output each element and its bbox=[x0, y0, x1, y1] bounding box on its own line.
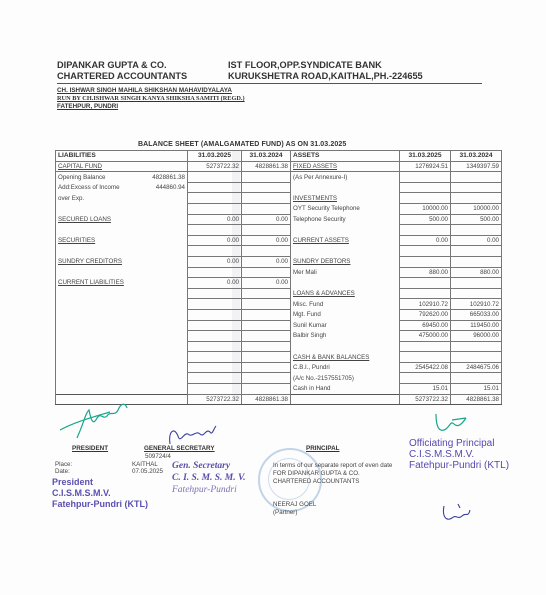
principal-signature bbox=[430, 410, 470, 440]
table-row: CAPITAL FUND5273722.324828861.38FIXED AS… bbox=[56, 161, 502, 172]
liability-2024-cell bbox=[242, 172, 291, 183]
liability-2024-cell bbox=[242, 362, 291, 373]
asset-2025-cell bbox=[400, 246, 451, 257]
president-signature bbox=[55, 400, 135, 445]
asset-label-cell: Misc. Fund bbox=[291, 299, 400, 310]
organization-block: CH. ISHWAR SINGH MAHILA SHIKSHAN MAHAVID… bbox=[57, 87, 245, 111]
president-label: PRESIDENT bbox=[72, 445, 108, 452]
liability-2024-cell bbox=[242, 193, 291, 204]
table-row bbox=[56, 225, 502, 236]
asset-2025-cell bbox=[400, 278, 451, 289]
liability-2024-cell: 0.00 bbox=[242, 214, 291, 225]
asset-2024-cell: 96000.00 bbox=[451, 331, 502, 342]
asset-2024-cell bbox=[451, 225, 502, 236]
table-row: SECURITIES0.000.00CURRENT ASSETS0.000.00 bbox=[56, 235, 502, 246]
liability-2025-cell bbox=[188, 182, 242, 193]
liability-2025-cell bbox=[188, 267, 242, 278]
asset-total-2024: 4828861.38 bbox=[451, 394, 502, 405]
liability-2025-cell bbox=[188, 331, 242, 342]
liability-2025-cell bbox=[188, 172, 242, 183]
auditor-type: CHARTERED ACCOUNTANTS bbox=[273, 478, 359, 486]
organization-run-by: RUN BY CH.ISHWAR SINGH KANYA SHIKSHA SAM… bbox=[57, 95, 245, 103]
asset-2024-cell bbox=[451, 172, 502, 183]
asset-label-cell: C.B.I., Pundri bbox=[291, 362, 400, 373]
asset-2025-cell: 792620.00 bbox=[400, 309, 451, 320]
assets-col-2024: 31.03.2024 bbox=[451, 151, 502, 162]
table-row: Add:Excess of Income444860.94 bbox=[56, 182, 502, 193]
asset-label-cell: SUNDRY DEBTORS bbox=[291, 256, 400, 267]
asset-total-label bbox=[291, 394, 400, 405]
asset-2025-cell bbox=[400, 225, 451, 236]
gs-stamp-line-1: Gen. Secretary bbox=[172, 460, 245, 472]
table-row bbox=[56, 246, 502, 257]
liability-label: over Exp. bbox=[58, 195, 84, 202]
liability-label-cell bbox=[56, 225, 188, 236]
auditor-firm: FOR DIPANKAR GUPTA & CO. bbox=[273, 470, 360, 478]
president-stamp-line-3: Fatehpur-Pundri (KTL) bbox=[52, 499, 148, 510]
table-row bbox=[56, 341, 502, 352]
table-row: OYT Security Telephone10000.0010000.00 bbox=[56, 203, 502, 214]
liability-2024-cell: 4828861.38 bbox=[242, 161, 291, 172]
asset-2024-cell bbox=[451, 373, 502, 384]
organization-location: FATEHPUR, PUNDRI bbox=[57, 103, 245, 111]
asset-label-cell: Mer Mali bbox=[291, 267, 400, 278]
table-row: Mer Mali880.00880.00 bbox=[56, 267, 502, 278]
table-row: Opening Balance4828861.38(As Per Annexur… bbox=[56, 172, 502, 183]
liability-label-cell bbox=[56, 373, 188, 384]
firm-type: CHARTERED ACCOUNTANTS bbox=[57, 71, 187, 82]
liability-2025-cell bbox=[188, 352, 242, 363]
liability-2025-cell: 5273722.32 bbox=[188, 161, 242, 172]
general-secretary-stamp: Gen. Secretary C. I. S. M. S. M. V. Fate… bbox=[172, 460, 245, 496]
asset-2025-cell: 15.01 bbox=[400, 384, 451, 395]
asset-label-cell: Cash in Hand bbox=[291, 384, 400, 395]
asset-2025-cell bbox=[400, 373, 451, 384]
liability-2025-cell: 0.00 bbox=[188, 214, 242, 225]
liability-label-cell: Add:Excess of Income444860.94 bbox=[56, 182, 188, 193]
liability-2025-cell: 0.00 bbox=[188, 235, 242, 246]
liability-2024-cell bbox=[242, 225, 291, 236]
asset-2024-cell: 119450.00 bbox=[451, 320, 502, 331]
principal-stamp-line-2: C.I.S.M.S.M.V. bbox=[409, 449, 509, 460]
liability-sub-amount: 4828861.38 bbox=[152, 173, 185, 182]
assets-header: ASSETS bbox=[291, 151, 400, 162]
liability-2025-cell bbox=[188, 193, 242, 204]
liability-label: SUNDRY CREDITORS bbox=[58, 258, 122, 265]
asset-2024-cell: 10000.00 bbox=[451, 203, 502, 214]
assets-col-2025: 31.03.2025 bbox=[400, 151, 451, 162]
liability-2024-cell bbox=[242, 309, 291, 320]
liability-label: CURRENT LIABILITIES bbox=[58, 279, 124, 286]
organization-name: CH. ISHWAR SINGH MAHILA SHIKSHAN MAHAVID… bbox=[57, 87, 245, 95]
auditor-note: In terms of our separate report of even … bbox=[273, 462, 392, 470]
asset-label-cell: OYT Security Telephone bbox=[291, 203, 400, 214]
asset-label-cell bbox=[291, 278, 400, 289]
asset-label-cell bbox=[291, 246, 400, 257]
asset-2024-cell: 665033.00 bbox=[451, 309, 502, 320]
balance-sheet-document: DIPANKAR GUPTA & CO. CHARTERED ACCOUNTAN… bbox=[0, 0, 546, 595]
liability-2024-cell bbox=[242, 182, 291, 193]
liability-total-2025: 5273722.32 bbox=[188, 394, 242, 405]
liability-2025-cell bbox=[188, 299, 242, 310]
partner-name: NEERAJ GOEL bbox=[273, 501, 316, 509]
liability-label: Add:Excess of Income bbox=[58, 183, 120, 192]
asset-label-cell: INVESTMENTS bbox=[291, 193, 400, 204]
partner-signature bbox=[440, 500, 475, 528]
asset-2024-cell bbox=[451, 341, 502, 352]
asset-2025-cell bbox=[400, 288, 451, 299]
asset-label-cell: (A/c No.-2157551705) bbox=[291, 373, 400, 384]
table-row: LOANS & ADVANCES bbox=[56, 288, 502, 299]
liability-label-cell: SUNDRY CREDITORS bbox=[56, 256, 188, 267]
asset-label-cell: (As Per Annexure-I) bbox=[291, 172, 400, 183]
principal-stamp-line-1: Officiating Principal bbox=[409, 438, 509, 449]
asset-label-cell: Telephone Security bbox=[291, 214, 400, 225]
liability-label-cell bbox=[56, 362, 188, 373]
asset-label-cell bbox=[291, 182, 400, 193]
asset-2025-cell: 10000.00 bbox=[400, 203, 451, 214]
table-row: Mgt. Fund792620.00665033.00 bbox=[56, 309, 502, 320]
liability-2025-cell: 0.00 bbox=[188, 256, 242, 267]
liability-2025-cell bbox=[188, 341, 242, 352]
date-label: Date: bbox=[55, 468, 70, 476]
liability-label-cell bbox=[56, 384, 188, 395]
asset-label-cell: Balbir Singh bbox=[291, 331, 400, 342]
table-row: SUNDRY CREDITORS0.000.00SUNDRY DEBTORS bbox=[56, 256, 502, 267]
asset-2025-cell bbox=[400, 172, 451, 183]
liabilities-header: LIABILITIES bbox=[56, 151, 188, 162]
asset-2024-cell: 102910.72 bbox=[451, 299, 502, 310]
liability-2025-cell: 0.00 bbox=[188, 278, 242, 289]
asset-2025-cell: 69450.00 bbox=[400, 320, 451, 331]
liability-label-cell bbox=[56, 299, 188, 310]
liability-2025-cell bbox=[188, 373, 242, 384]
asset-2025-cell bbox=[400, 182, 451, 193]
liabilities-col-2024: 31.03.2024 bbox=[242, 151, 291, 162]
asset-2024-cell bbox=[451, 193, 502, 204]
liability-total-2024: 4828861.38 bbox=[242, 394, 291, 405]
principal-label: PRINCIPAL bbox=[306, 445, 339, 452]
asset-2025-cell bbox=[400, 341, 451, 352]
liability-sub-amount: 444860.94 bbox=[156, 183, 185, 192]
gs-code: 509724/4 bbox=[145, 453, 171, 461]
asset-2024-cell: 880.00 bbox=[451, 267, 502, 278]
liability-label-cell bbox=[56, 203, 188, 214]
table-row: SECURED LOANS0.000.00Telephone Security5… bbox=[56, 214, 502, 225]
gs-stamp-line-3: Fatehpur-Pundri bbox=[172, 484, 245, 496]
asset-2024-cell: 15.01 bbox=[451, 384, 502, 395]
liability-label-cell bbox=[56, 246, 188, 257]
liability-2024-cell bbox=[242, 246, 291, 257]
liability-label-cell: Opening Balance4828861.38 bbox=[56, 172, 188, 183]
asset-2025-cell bbox=[400, 193, 451, 204]
liability-2025-cell bbox=[188, 203, 242, 214]
asset-label-cell bbox=[291, 225, 400, 236]
asset-2025-cell bbox=[400, 256, 451, 267]
asset-2025-cell: 2545422.08 bbox=[400, 362, 451, 373]
liability-label-cell bbox=[56, 309, 188, 320]
asset-label-cell: Mgt. Fund bbox=[291, 309, 400, 320]
principal-stamp-line-3: Fatehpur-Pundri (KTL) bbox=[409, 460, 509, 471]
liability-label-cell: over Exp. bbox=[56, 193, 188, 204]
asset-2024-cell bbox=[451, 278, 502, 289]
asset-label-cell: FIXED ASSETS bbox=[291, 161, 400, 172]
liability-label-cell bbox=[56, 288, 188, 299]
liability-label-cell bbox=[56, 320, 188, 331]
liability-2024-cell bbox=[242, 331, 291, 342]
date-value: 07.05.2025 bbox=[132, 468, 163, 476]
asset-2025-cell: 500.00 bbox=[400, 214, 451, 225]
table-row: C.B.I., Pundri2545422.082484675.06 bbox=[56, 362, 502, 373]
asset-2025-cell bbox=[400, 352, 451, 363]
firm-name: DIPANKAR GUPTA & CO. bbox=[57, 60, 187, 71]
liability-2024-cell: 0.00 bbox=[242, 235, 291, 246]
liability-2025-cell bbox=[188, 225, 242, 236]
asset-2024-cell bbox=[451, 246, 502, 257]
president-stamp-line-2: C.I.S.M.S.M.V. bbox=[52, 488, 148, 499]
table-row: Misc. Fund102910.72102910.72 bbox=[56, 299, 502, 310]
asset-2025-cell: 880.00 bbox=[400, 267, 451, 278]
balance-sheet-table: LIABILITIES 31.03.2025 31.03.2024 ASSETS… bbox=[55, 150, 502, 405]
liability-2025-cell bbox=[188, 320, 242, 331]
liabilities-col-2025: 31.03.2025 bbox=[188, 151, 242, 162]
liability-2025-cell bbox=[188, 362, 242, 373]
liability-label: SECURED LOANS bbox=[58, 216, 111, 223]
liability-2024-cell bbox=[242, 203, 291, 214]
liability-label-cell: SECURITIES bbox=[56, 235, 188, 246]
liability-label-cell bbox=[56, 352, 188, 363]
asset-2024-cell bbox=[451, 182, 502, 193]
liability-2024-cell bbox=[242, 267, 291, 278]
liability-2024-cell bbox=[242, 373, 291, 384]
president-stamp-line-1: President bbox=[52, 477, 148, 488]
asset-2024-cell: 2484675.06 bbox=[451, 362, 502, 373]
table-row: Cash in Hand15.0115.01 bbox=[56, 384, 502, 395]
liability-label: Opening Balance bbox=[58, 173, 105, 182]
asset-total-2025: 5273722.32 bbox=[400, 394, 451, 405]
asset-2024-cell bbox=[451, 256, 502, 267]
table-row: Sunil Kumar69450.00119450.00 bbox=[56, 320, 502, 331]
asset-label-cell bbox=[291, 341, 400, 352]
liability-2025-cell bbox=[188, 309, 242, 320]
asset-2024-cell: 0.00 bbox=[451, 235, 502, 246]
table-row: over Exp.INVESTMENTS bbox=[56, 193, 502, 204]
liability-label-cell: SECURED LOANS bbox=[56, 214, 188, 225]
asset-2025-cell: 475000.00 bbox=[400, 331, 451, 342]
asset-2024-cell bbox=[451, 288, 502, 299]
firm-name-block: DIPANKAR GUPTA & CO. CHARTERED ACCOUNTAN… bbox=[57, 60, 187, 82]
liability-label-cell: CAPITAL FUND bbox=[56, 161, 188, 172]
liability-2024-cell bbox=[242, 288, 291, 299]
liability-label: CAPITAL FUND bbox=[58, 163, 102, 170]
address-line-1: IST FLOOR,OPP.SYNDICATE BANK bbox=[228, 60, 423, 71]
liability-2025-cell bbox=[188, 384, 242, 395]
principal-stamp: Officiating Principal C.I.S.M.S.M.V. Fat… bbox=[409, 438, 509, 471]
liability-2024-cell bbox=[242, 384, 291, 395]
asset-label-cell: CURRENT ASSETS bbox=[291, 235, 400, 246]
liability-2024-cell bbox=[242, 352, 291, 363]
liability-2024-cell bbox=[242, 299, 291, 310]
table-row: CURRENT LIABILITIES0.000.00 bbox=[56, 278, 502, 289]
liability-label-cell bbox=[56, 331, 188, 342]
liability-2024-cell: 0.00 bbox=[242, 256, 291, 267]
asset-2025-cell: 102910.72 bbox=[400, 299, 451, 310]
table-header-row: LIABILITIES 31.03.2025 31.03.2024 ASSETS… bbox=[56, 151, 502, 162]
asset-2025-cell: 1276924.51 bbox=[400, 161, 451, 172]
general-secretary-label: GENERAL SECRETARY bbox=[144, 445, 215, 452]
liability-label-cell bbox=[56, 267, 188, 278]
table-row: (A/c No.-2157551705) bbox=[56, 373, 502, 384]
liability-2024-cell: 0.00 bbox=[242, 278, 291, 289]
liability-2024-cell bbox=[242, 341, 291, 352]
balance-sheet-title: BALANCE SHEET (AMALGAMATED FUND) AS ON 3… bbox=[138, 141, 346, 148]
firm-address-block: IST FLOOR,OPP.SYNDICATE BANK KURUKSHETRA… bbox=[228, 60, 423, 82]
gs-stamp-line-2: C. I. S. M. S. M. V. bbox=[172, 472, 245, 484]
liability-label-cell: CURRENT LIABILITIES bbox=[56, 278, 188, 289]
liability-label: SECURITIES bbox=[58, 237, 95, 244]
asset-label-cell: CASH & BANK BALANCES bbox=[291, 352, 400, 363]
table-row: CASH & BANK BALANCES bbox=[56, 352, 502, 363]
liability-label-cell bbox=[56, 341, 188, 352]
balance-sheet-body: LIABILITIES 31.03.2025 31.03.2024 ASSETS… bbox=[56, 151, 502, 405]
asset-label-cell: LOANS & ADVANCES bbox=[291, 288, 400, 299]
liability-2025-cell bbox=[188, 288, 242, 299]
asset-2025-cell: 0.00 bbox=[400, 235, 451, 246]
asset-2024-cell: 500.00 bbox=[451, 214, 502, 225]
liability-2025-cell bbox=[188, 246, 242, 257]
header-divider bbox=[57, 83, 482, 84]
table-row: Balbir Singh475000.0096000.00 bbox=[56, 331, 502, 342]
president-stamp: President C.I.S.M.S.M.V. Fatehpur-Pundri… bbox=[52, 477, 148, 510]
asset-2024-cell bbox=[451, 352, 502, 363]
partner-role: (Partner) bbox=[273, 509, 297, 517]
liability-2024-cell bbox=[242, 320, 291, 331]
asset-label-cell: Sunil Kumar bbox=[291, 320, 400, 331]
address-line-2: KURUKSHETRA ROAD,KAITHAL,PH.-224655 bbox=[228, 71, 423, 82]
asset-2024-cell: 1349397.59 bbox=[451, 161, 502, 172]
